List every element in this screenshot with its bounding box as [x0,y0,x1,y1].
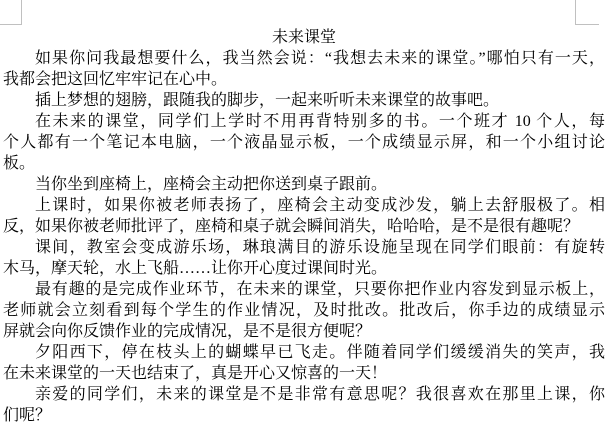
document-title[interactable]: 未来课堂 [3,27,605,48]
text-line[interactable]: 我都会把这回忆牢牢记在心中。 [3,69,605,90]
text-line[interactable]: 屏就会向你反馈作业的完成情况，是不是很方便呢？ [3,321,605,342]
text-line[interactable]: 夕阳西下，停在枝头上的蝴蝶早已飞走。伴随着同学们缓缓消失的笑声，我 [3,342,605,363]
text-line[interactable]: 个人都有一个笔记本电脑，一个液晶显示板，一个成绩显示屏，和一个小组讨论 [3,132,605,153]
document-body: 如果你问我最想要什么，我当然会说：“我想去未来的课堂。”哪怕只有一天，我都会把这… [3,48,605,426]
document-text-area[interactable]: 未来课堂 如果你问我最想要什么，我当然会说：“我想去未来的课堂。”哪怕只有一天，… [3,27,605,426]
text-line[interactable]: 老师就会立刻看到每个学生的作业情况，及时批改。批改后，你手边的成绩显示 [3,300,605,321]
text-line[interactable]: 在未来的课堂，同学们上学时不用再背特别多的书。一个班才 10 个人，每 [3,111,605,132]
text-line[interactable]: 课间，教室会变成游乐场，琳琅满目的游乐设施呈现在同学们眼前：有旋转 [3,237,605,258]
text-line[interactable]: 如果你问我最想要什么，我当然会说：“我想去未来的课堂。”哪怕只有一天， [3,48,605,69]
text-line[interactable]: 板。 [3,153,605,174]
text-line[interactable]: 们呢？ [3,405,605,426]
paragraph: 夕阳西下，停在枝头上的蝴蝶早已飞走。伴随着同学们缓缓消失的笑声，我在未来课堂的一… [3,342,605,384]
paragraph: 在未来的课堂，同学们上学时不用再背特别多的书。一个班才 10 个人，每个人都有一… [3,111,605,174]
paragraph: 如果你问我最想要什么，我当然会说：“我想去未来的课堂。”哪怕只有一天，我都会把这… [3,48,605,90]
paragraph: 最有趣的是完成作业环节，在未来的课堂，只要你把作业内容发到显示板上，老师就会立刻… [3,279,605,342]
paragraph: 当你坐到座椅上，座椅会主动把你送到桌子跟前。 [3,174,605,195]
text-line[interactable]: 当你坐到座椅上，座椅会主动把你送到桌子跟前。 [3,174,605,195]
paragraph: 插上梦想的翅膀，跟随我的脚步，一起来听听未来课堂的故事吧。 [3,90,605,111]
text-line[interactable]: 在未来课堂的一天也结束了，真是开心又惊喜的一天！ [3,363,605,384]
text-line[interactable]: 亲爱的同学们，未来的课堂是不是非常有意思呢？我很喜欢在那里上课，你 [3,384,605,405]
text-line[interactable]: 上课时，如果你被老师表扬了，座椅会主动变成沙发，躺上去舒服极了。相 [3,195,605,216]
text-line[interactable]: 木马，摩天轮，水上飞船……让你开心度过课间时光。 [3,258,605,279]
text-line[interactable]: 插上梦想的翅膀，跟随我的脚步，一起来听听未来课堂的故事吧。 [3,90,605,111]
text-line[interactable]: 最有趣的是完成作业环节，在未来的课堂，只要你把作业内容发到显示板上， [3,279,605,300]
paragraph: 亲爱的同学们，未来的课堂是不是非常有意思呢？我很喜欢在那里上课，你们呢？ [3,384,605,426]
paragraph: 上课时，如果你被老师表扬了，座椅会主动变成沙发，躺上去舒服极了。相反，如果你被老… [3,195,605,237]
paragraph: 课间，教室会变成游乐场，琳琅满目的游乐设施呈现在同学们眼前：有旋转木马，摩天轮，… [3,237,605,279]
text-boundary-mark-top-right [575,0,599,25]
text-line[interactable]: 反，如果你被老师批评了，座椅和桌子就会瞬间消失，哈哈哈，是不是很有趣呢？ [3,216,605,237]
document-page: 未来课堂 如果你问我最想要什么，我当然会说：“我想去未来的课堂。”哪怕只有一天，… [0,0,609,430]
text-boundary-mark-top-left [0,0,22,25]
